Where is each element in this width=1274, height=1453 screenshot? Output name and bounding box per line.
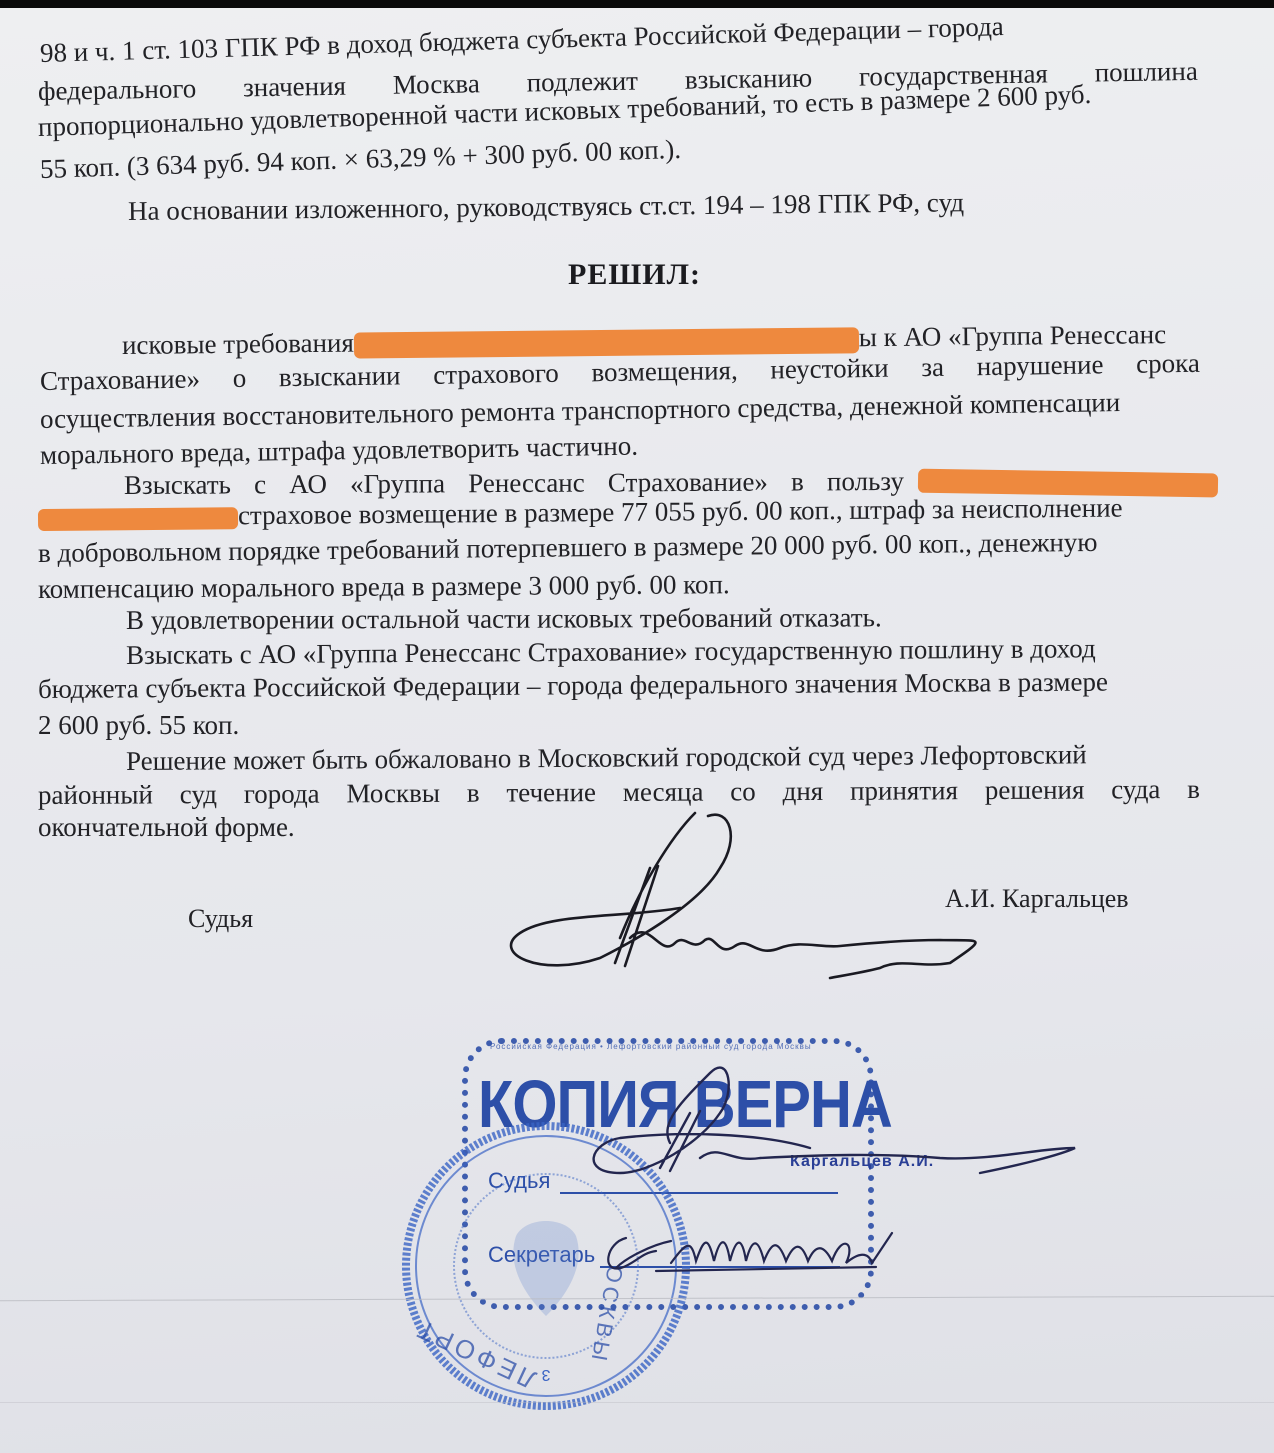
decision-line-11: бюджета субъекта Российской Федерации – … — [38, 667, 1108, 704]
word: федерального — [38, 73, 197, 106]
decision-line-9: В удовлетворении остальной части исковых… — [126, 602, 882, 635]
text: В удовлетворении остальной части исковых… — [126, 602, 882, 635]
word: с — [254, 469, 266, 499]
word: Страхование» — [608, 467, 768, 498]
word: со — [730, 776, 756, 806]
word: дня — [782, 776, 823, 806]
decision-line-8: компенсацию морального вреда в размере 3… — [38, 569, 730, 604]
decision-line-10: Взыскать с АО «Группа Ренессанс Страхова… — [126, 633, 1096, 670]
redacted-beneficiary-name-cont — [38, 507, 238, 531]
word: о — [232, 363, 246, 393]
intro-text: На основании изложенного, руководствуясь… — [128, 187, 964, 226]
decision-line-12: 2 600 руб. 55 коп. — [38, 710, 239, 740]
word: суд — [180, 779, 217, 809]
text: 2 600 руб. 55 коп. — [38, 710, 239, 740]
word: взыскании — [279, 360, 401, 392]
text: бюджета субъекта Российской Федерации – … — [38, 667, 1108, 704]
intro-text: 98 и ч. 1 ст. 103 ГПК РФ в доход бюджета… — [40, 11, 1004, 68]
text: исковые требования — [122, 328, 354, 360]
text: Решение может быть обжаловано в Московск… — [126, 739, 1087, 776]
word: в — [467, 778, 480, 808]
decision-heading: РЕШИЛ: — [568, 258, 701, 292]
word: решения — [985, 775, 1085, 806]
decision-line-14: районный суд города Москвы в течение мес… — [38, 774, 1200, 810]
word: Ренессанс — [468, 468, 585, 499]
decision-line-4: морального вреда, штрафа удовлетворить ч… — [40, 431, 638, 470]
word: неустойки — [770, 353, 889, 385]
word: в — [1187, 774, 1200, 804]
intro-text: 55 коп. (3 634 руб. 94 коп. × 63,29 % + … — [40, 134, 682, 184]
word: Москвы — [346, 778, 440, 808]
text: Взыскать с АО «Группа Ренессанс Страхова… — [126, 633, 1096, 670]
word: АО — [289, 469, 327, 499]
word: суда — [1111, 774, 1160, 804]
word: течение — [506, 777, 596, 807]
stamp-secretary-signature — [596, 1223, 916, 1283]
text: страховое возмещение в размере 77 055 ру… — [238, 493, 1123, 531]
word: значения — [243, 71, 346, 103]
text: осуществления восстановительного ремонта… — [40, 387, 1121, 434]
word: срока — [1136, 348, 1200, 379]
decision-line-7: в добровольном порядке требований потерп… — [38, 527, 1098, 568]
intro-line-5: На основании изложенного, руководствуясь… — [128, 187, 964, 226]
seal-number: 3 — [541, 1366, 550, 1383]
intro-line-4: 55 коп. (3 634 руб. 94 коп. × 63,29 % + … — [40, 134, 682, 184]
word: принятия — [850, 775, 958, 806]
decision-line-3: осуществления восстановительного ремонта… — [40, 387, 1121, 434]
word: страхового — [433, 358, 559, 390]
text: морального вреда, штрафа удовлетворить ч… — [40, 431, 638, 470]
word: пользу — [827, 466, 904, 496]
word: месяца — [623, 777, 704, 807]
text: ы к АО «Группа Ренессанс — [859, 319, 1167, 352]
word: возмещения, — [591, 355, 738, 387]
word: Страхование» — [40, 363, 200, 396]
word: «Группа — [350, 468, 445, 498]
word: нарушение — [976, 349, 1103, 381]
text: в добровольном порядке требований потерп… — [38, 527, 1098, 568]
word: за — [921, 352, 944, 382]
word: Москва — [393, 68, 481, 100]
judge-signature — [480, 808, 1020, 988]
document-page: 98 и ч. 1 ст. 103 ГПК РФ в доход бюджета… — [0, 8, 1274, 1453]
decision-line-13: Решение может быть обжаловано в Московск… — [126, 739, 1087, 776]
stamp-border-text: Российская Федерация • Лефортовский райо… — [490, 1042, 812, 1051]
word: в — [791, 466, 804, 496]
word: районный — [38, 779, 153, 810]
decision-line-15: окончательной форме. — [38, 812, 295, 842]
word: Взыскать — [124, 469, 231, 500]
paper-fold-line — [0, 1402, 1274, 1403]
stamp-judge-signature — [560, 1063, 1080, 1183]
text: окончательной форме. — [38, 812, 295, 842]
text: компенсацию морального вреда в размере 3… — [38, 569, 730, 604]
judge-role-label: Судья — [188, 904, 253, 934]
word: города — [244, 779, 320, 809]
